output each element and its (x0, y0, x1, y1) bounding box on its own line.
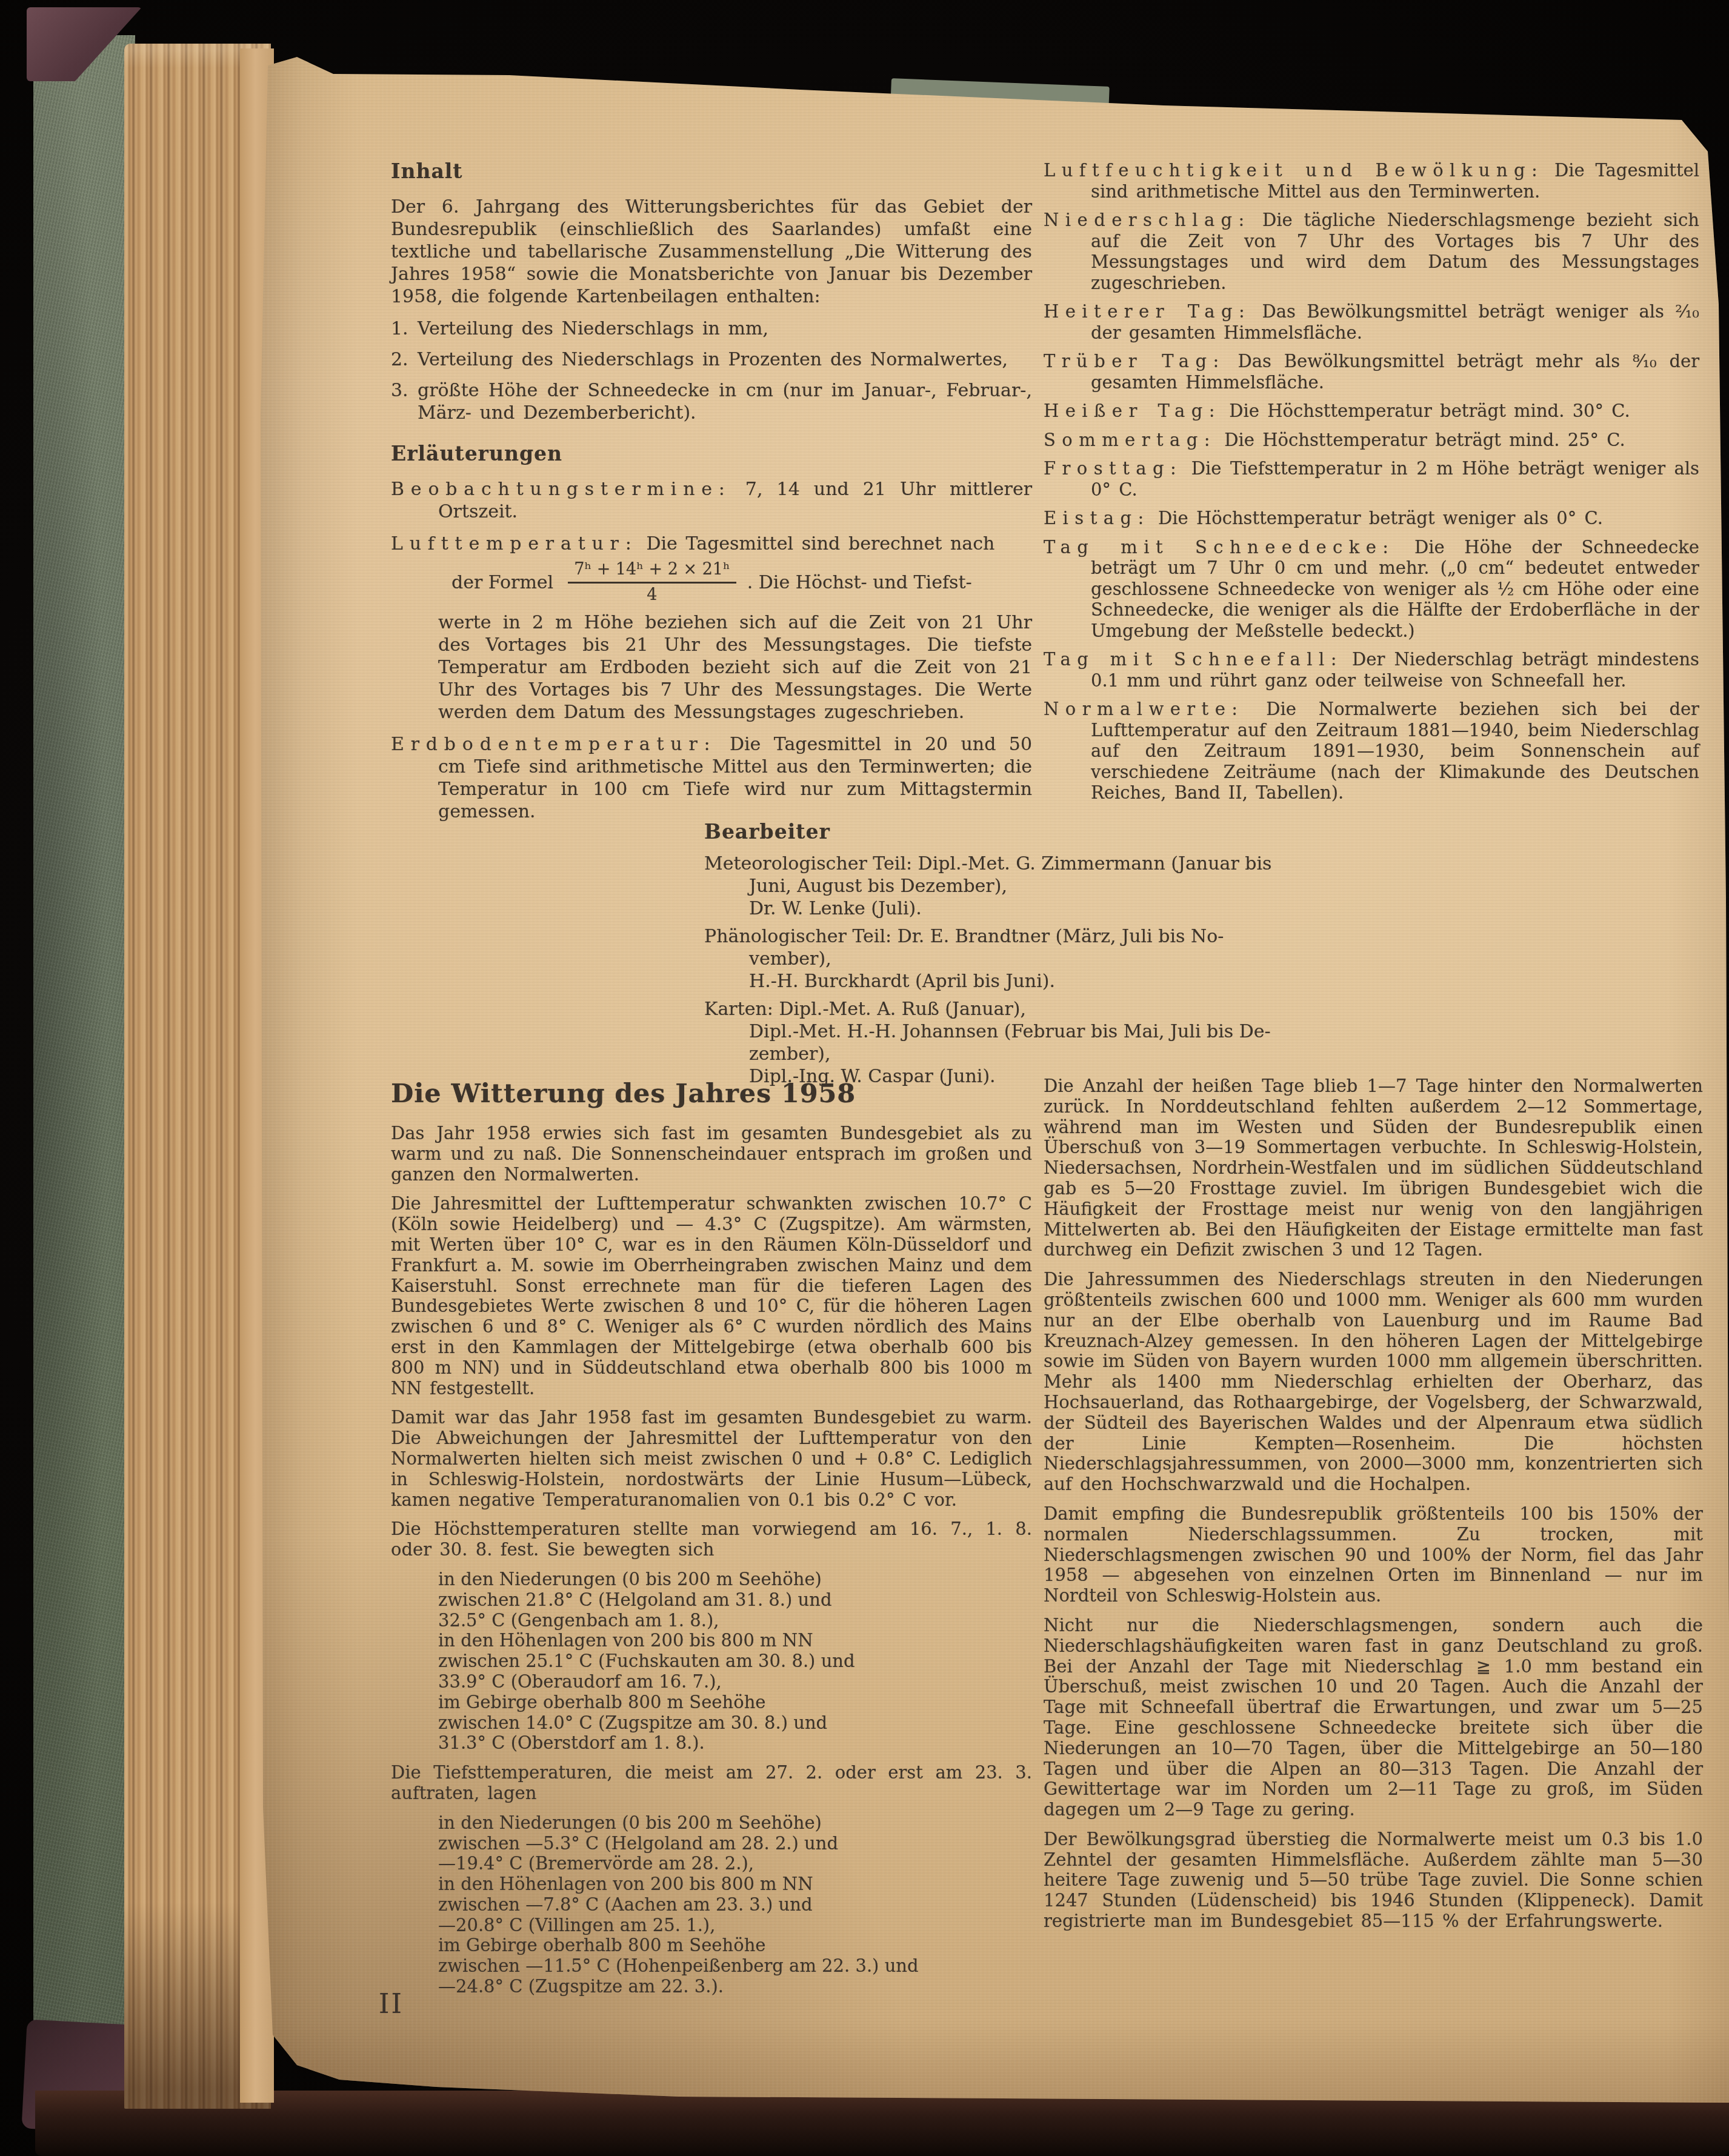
bearbeiter-line: Phänologischer Teil: Dr. E. Brandtner (M… (704, 925, 1356, 948)
definition-sommertag: Sommertag: Die Höchsttemperatur beträgt … (1044, 430, 1699, 451)
paragraph: Die Jahressummen des Niederschlags streu… (1044, 1269, 1703, 1495)
fraction: 7ʰ + 14ʰ + 2 × 21ʰ 4 (568, 560, 736, 605)
bearbeiter-line: Dipl.-Met. H.-H. Johannsen (Februar bis … (704, 1020, 1356, 1043)
inhalt-intro: Der 6. Jahrgang des Witterungsberichtes … (391, 196, 1032, 308)
formula-suffix: . Die Höchst- und Tiefst- (747, 571, 972, 594)
list-line: —19.4° C (Bremervörde am 28. 2.), (438, 1854, 1032, 1874)
list-line: in den Höhenlagen von 200 bis 800 m NN (438, 1874, 1032, 1895)
column-upper-left: Inhalt Der 6. Jahrgang des Witterungsber… (391, 160, 1032, 833)
definition-rest: werte in 2 m Höhe beziehen sich auf die … (438, 611, 1032, 724)
definition-erdbodentemperatur: Erdbodentemperatur: Die Tagesmittel in 2… (391, 733, 1032, 823)
list-line: in den Höhenlagen von 200 bis 800 m NN (438, 1631, 1032, 1651)
definition-first-line: Lufttemperatur: Die Tagesmittel sind ber… (438, 533, 1032, 555)
list-line: im Gebirge oberhalb 800 m Seehöhe (438, 1935, 1032, 1956)
list-line: —24.8° C (Zugspitze am 22. 3.). (438, 1977, 1032, 1997)
list-line: zwischen 25.1° C (Fuchskauten am 30. 8.)… (438, 1651, 1032, 1672)
list-line: zwischen 21.8° C (Helgoland am 31. 8.) u… (438, 1590, 1032, 1611)
definition-heiterer-tag: Heiterer Tag: Das Bewölkungsmittel beträ… (1044, 301, 1699, 343)
bearbeiter-heading: Bearbeiter (704, 820, 1356, 843)
definition-text: Die Tagesmittel sind berechnet nach (646, 533, 994, 554)
definition-beobachtungstermine: Beobachtungstermine: 7, 14 und 21 Uhr mi… (391, 478, 1032, 523)
fraction-numerator: 7ʰ + 14ʰ + 2 × 21ʰ (568, 560, 736, 584)
definition-term: Beobachtungstermine: (391, 479, 731, 500)
list-line: in den Niederungen (0 bis 200 m Seehöhe) (438, 1569, 1032, 1590)
witterung-heading: Die Witterung des Jahres 1958 (391, 1079, 1088, 1109)
list-line: 31.3° C (Oberstdorf am 1. 8.). (438, 1733, 1032, 1754)
bearbeiter-block: Bearbeiter Meteorologischer Teil: Dipl.-… (704, 820, 1356, 1088)
bearbeiter-line: Meteorologischer Teil: Dipl.-Met. G. Zim… (704, 853, 1356, 875)
list-line: 33.9° C (Oberaudorf am 16. 7.), (438, 1672, 1032, 1692)
bearbeiter-line: zember), (704, 1043, 1356, 1065)
definition-term: Heiterer Tag: (1044, 301, 1251, 322)
fraction-denominator: 4 (647, 584, 657, 605)
definition-term: Eistag: (1044, 508, 1150, 528)
bearbeiter-line: Dr. W. Lenke (Juli). (704, 897, 1356, 920)
definition-term: Tag mit Schneedecke: (1044, 537, 1395, 557)
definition-term: Sommertag: (1044, 430, 1216, 450)
definition-eistag: Eistag: Die Höchsttemperatur beträgt wen… (1044, 508, 1699, 529)
list-line: zwischen —5.3° C (Helgoland am 28. 2.) u… (438, 1834, 1032, 1854)
list-number: 3. (391, 379, 418, 424)
page-number: II (379, 1989, 404, 2020)
list-line: —20.8° C (Villingen am 25. 1.), (438, 1915, 1032, 1936)
hoechsttemperaturen-list: in den Niederungen (0 bis 200 m Seehöhe)… (438, 1569, 1032, 1754)
list-line: zwischen —11.5° C (Hohenpeißenberg am 22… (438, 1956, 1032, 1977)
definition-term: Frosttag: (1044, 458, 1182, 479)
definition-text: Die Tiefsttemperatur in 2 m Höhe beträgt… (1091, 458, 1699, 500)
definition-tag-mit-schneefall: Tag mit Schneefall: Der Niederschlag bet… (1044, 649, 1699, 691)
scanned-book-page: Inhalt Der 6. Jahrgang des Witterungsber… (0, 0, 1729, 2156)
list-text: Verteilung des Niederschlags in mm, (418, 318, 1032, 340)
definition-niederschlag: Niederschlag: Die tägliche Niederschlags… (1044, 210, 1699, 293)
paragraph: Damit war das Jahr 1958 fast im gesamten… (391, 1408, 1032, 1510)
definition-term: Tag mit Schneefall: (1044, 649, 1343, 670)
definition-luftfeuchtigkeit: Luftfeuchtigkeit und Bewölkung: Die Tage… (1044, 160, 1699, 202)
definition-tag-mit-schneedecke: Tag mit Schneedecke: Die Höhe der Schnee… (1044, 537, 1699, 642)
paragraph: Die Anzahl der heißen Tage blieb 1—7 Tag… (1044, 1076, 1703, 1260)
list-line: 32.5° C (Gengenbach am 1. 8.), (438, 1611, 1032, 1631)
definition-frosttag: Frosttag: Die Tiefsttemperatur in 2 m Hö… (1044, 458, 1699, 500)
list-line: zwischen 14.0° C (Zugspitze am 30. 8.) u… (438, 1713, 1032, 1734)
erlaeuterungen-heading: Erläuterungen (391, 442, 1032, 465)
definition-trueber-tag: Trüber Tag: Das Bewölkungsmittel beträgt… (1044, 351, 1699, 393)
list-item-2: 2. Verteilung des Niederschlags in Proze… (391, 348, 1032, 371)
column-lower-right: Die Anzahl der heißen Tage blieb 1—7 Tag… (1044, 1076, 1703, 1941)
definition-text: Die Höchsttemperatur beträgt mind. 25° C… (1224, 430, 1625, 450)
tiefsttemperaturen-intro: Die Tiefsttemperaturen, die meist am 27.… (391, 1763, 1032, 1804)
bearbeiter-line: H.-H. Burckhardt (April bis Juni). (704, 970, 1356, 993)
definition-term: Niederschlag: (1044, 210, 1251, 230)
definition-text: Die Höchsttemperatur beträgt mind. 30° C… (1229, 401, 1630, 421)
inhalt-heading: Inhalt (391, 160, 1032, 182)
definition-term: Lufttemperatur: (391, 533, 638, 554)
paragraph: Der Bewölkungsgrad überstieg die Normalw… (1044, 1829, 1703, 1932)
hoechsttemperaturen-intro: Die Höchsttemperaturen stellte man vorwi… (391, 1519, 1032, 1560)
paragraph: Damit empfing die Bundesrepublik größten… (1044, 1504, 1703, 1606)
bearbeiter-line: Juni, August bis Dezember), (704, 875, 1356, 897)
paragraph: Nicht nur die Niederschlagsmengen, sonde… (1044, 1615, 1703, 1820)
list-line: in den Niederungen (0 bis 200 m Seehöhe) (438, 1813, 1032, 1834)
list-item-1: 1. Verteilung des Niederschlags in mm, (391, 318, 1032, 340)
bearbeiter-line: Karten: Dipl.-Met. A. Ruß (Januar), (704, 998, 1356, 1020)
definition-text: Die Höchsttemperatur beträgt weniger als… (1158, 508, 1603, 528)
list-line: zwischen —7.8° C (Aachen am 23. 3.) und (438, 1895, 1032, 1915)
definition-term: Erdbodentemperatur: (391, 734, 716, 755)
column-upper-right: Luftfeuchtigkeit und Bewölkung: Die Tage… (1044, 160, 1699, 811)
book-cover-cloth (33, 35, 135, 2127)
list-text: größte Höhe der Schneedecke in cm (nur i… (418, 379, 1032, 424)
temperature-formula: der Formel 7ʰ + 14ʰ + 2 × 21ʰ 4 . Die Hö… (451, 560, 1032, 605)
definition-lufttemperatur: Lufttemperatur: Die Tagesmittel sind ber… (391, 533, 1032, 724)
definition-term: Trüber Tag: (1044, 351, 1225, 371)
list-text: Verteilung des Niederschlags in Prozente… (418, 348, 1032, 371)
definition-term: Heißer Tag: (1044, 401, 1221, 421)
tiefsttemperaturen-list: in den Niederungen (0 bis 200 m Seehöhe)… (438, 1813, 1032, 1997)
bearbeiter-line: vember), (704, 948, 1356, 970)
list-number: 2. (391, 348, 418, 371)
list-number: 1. (391, 318, 418, 340)
definition-normalwerte: Normalwerte: Die Normalwerte beziehen si… (1044, 699, 1699, 804)
definition-term: Luftfeuchtigkeit und Bewölkung: (1044, 160, 1544, 181)
column-lower-left: Das Jahr 1958 erwies sich fast im gesamt… (391, 1123, 1032, 2006)
paragraph: Das Jahr 1958 erwies sich fast im gesamt… (391, 1123, 1032, 1185)
formula-prefix: der Formel (451, 571, 553, 594)
list-item-3: 3. größte Höhe der Schneedecke in cm (nu… (391, 379, 1032, 424)
list-line: im Gebirge oberhalb 800 m Seehöhe (438, 1692, 1032, 1713)
definition-heisser-tag: Heißer Tag: Die Höchsttemperatur beträgt… (1044, 401, 1699, 422)
paragraph: Die Jahresmittel der Lufttemperatur schw… (391, 1194, 1032, 1399)
page: Inhalt Der 6. Jahrgang des Witterungsber… (255, 50, 1729, 2110)
definition-term: Normalwerte: (1044, 699, 1244, 719)
